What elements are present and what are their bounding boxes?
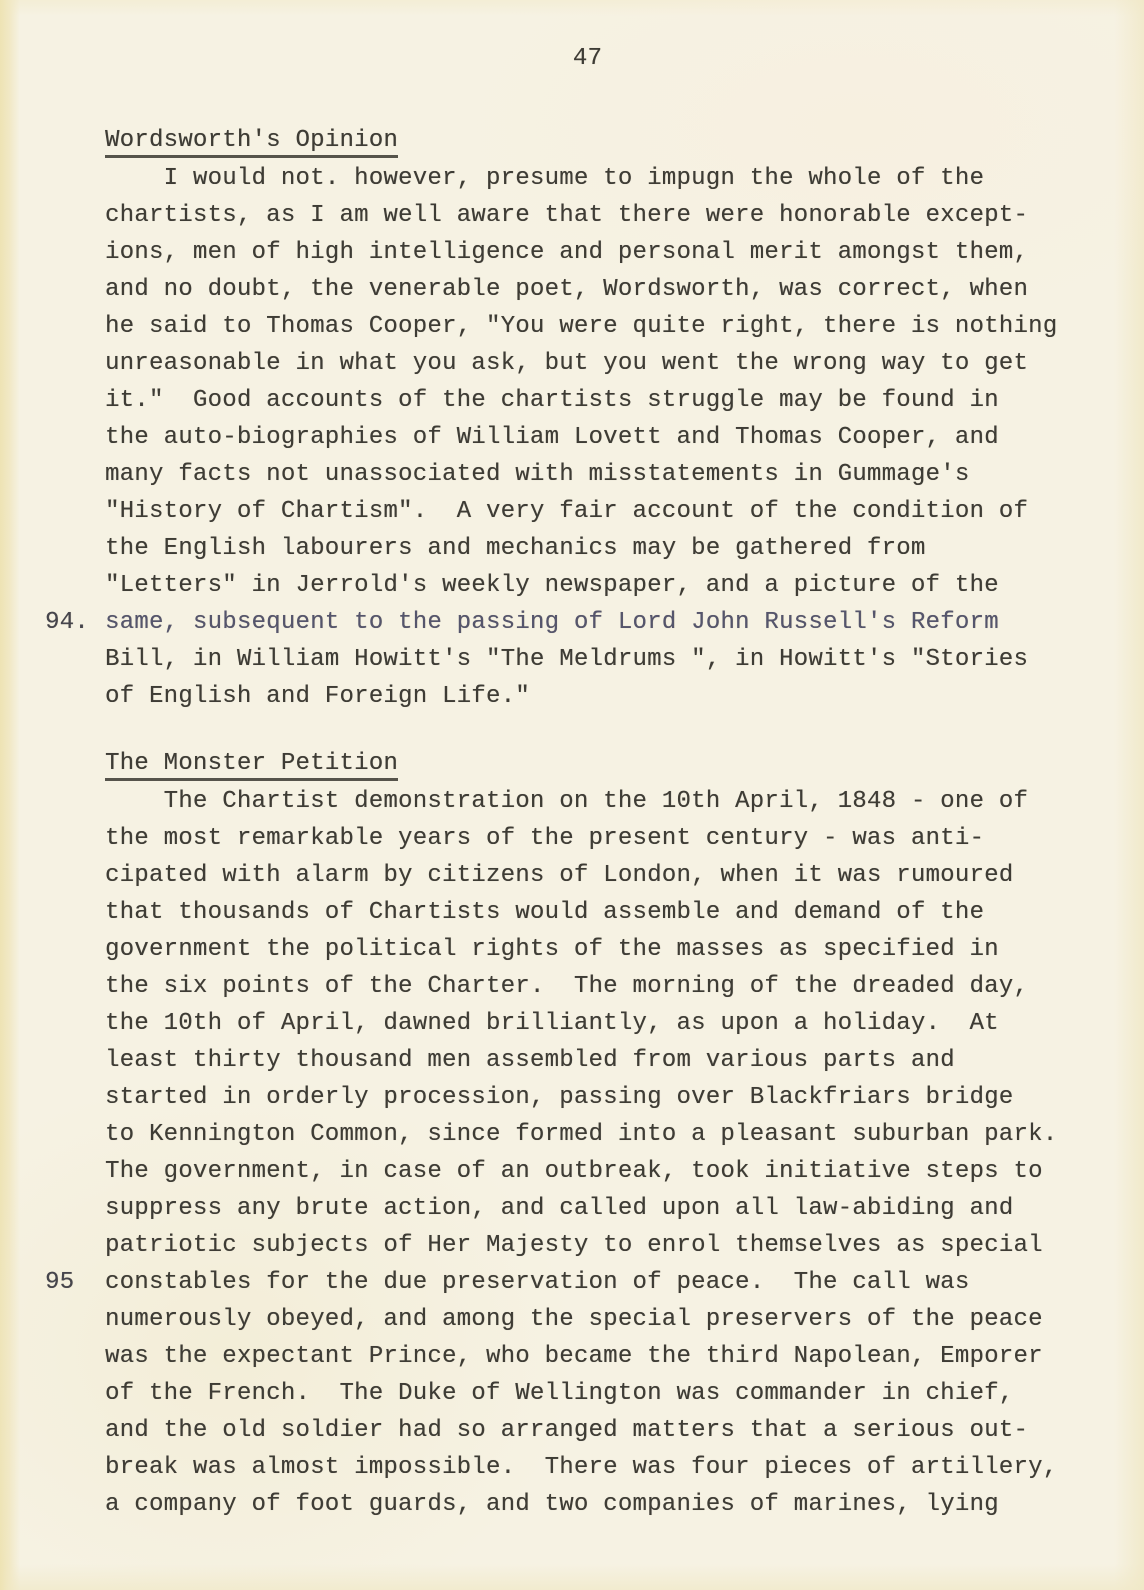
text-line: numerously obeyed, and among the special…	[105, 1301, 1115, 1338]
text-line: that thousands of Chartists would assemb…	[105, 894, 1115, 931]
line-text: The Chartist demonstration on the 10th A…	[105, 788, 1028, 815]
line-text: cipated with alarm by citizens of London…	[105, 862, 1013, 889]
line-text: the English labourers and mechanics may …	[105, 535, 926, 562]
line-text: suppress any brute action, and called up…	[105, 1195, 1013, 1222]
line-text: "History of Chartism". A very fair accou…	[105, 498, 1028, 525]
line-text: he said to Thomas Cooper, "You were quit…	[105, 313, 1057, 340]
line-text: break was almost impossible. There was f…	[105, 1454, 1057, 1481]
text-line: and the old soldier had so arranged matt…	[105, 1412, 1115, 1449]
line-text: chartists, as I am well aware that there…	[105, 202, 1028, 229]
text-line: 95constables for the due preservation of…	[105, 1264, 1115, 1301]
text-line: the most remarkable years of the present…	[105, 820, 1115, 857]
section-heading-row: Wordsworth's Opinion	[105, 122, 1115, 160]
text-line: to Kennington Common, since formed into …	[105, 1116, 1115, 1153]
margin-number: 95	[45, 1264, 74, 1301]
line-text: Bill, in William Howitt's "The Meldrums …	[105, 646, 1028, 673]
line-text: numerously obeyed, and among the special…	[105, 1306, 1043, 1333]
page-number: 47	[105, 44, 1070, 74]
line-text: the most remarkable years of the present…	[105, 825, 984, 852]
text-line: the six points of the Charter. The morni…	[105, 968, 1115, 1005]
line-text: many facts not unassociated with misstat…	[105, 461, 970, 488]
text-line: and no doubt, the venerable poet, Wordsw…	[105, 271, 1115, 308]
line-text: constables for the due preservation of p…	[105, 1269, 970, 1296]
line-text: unreasonable in what you ask, but you we…	[105, 350, 1028, 377]
text-line: least thirty thousand men assembled from…	[105, 1042, 1115, 1079]
text-line: many facts not unassociated with misstat…	[105, 456, 1115, 493]
text-line: Bill, in William Howitt's "The Meldrums …	[105, 641, 1115, 678]
line-text: of English and Foreign Life."	[105, 683, 530, 710]
line-text: that thousands of Chartists would assemb…	[105, 899, 984, 926]
line-text: least thirty thousand men assembled from…	[105, 1047, 955, 1074]
text-line: break was almost impossible. There was f…	[105, 1449, 1115, 1486]
text-line: The government, in case of an outbreak, …	[105, 1153, 1115, 1190]
text-line: it." Good accounts of the chartists stru…	[105, 382, 1115, 419]
text-line: chartists, as I am well aware that there…	[105, 197, 1115, 234]
text-line: started in orderly procession, passing o…	[105, 1079, 1115, 1116]
text-line: unreasonable in what you ask, but you we…	[105, 345, 1115, 382]
page-content: 47 Wordsworth's Opinion I would not. how…	[105, 0, 1115, 1523]
text-line: was the expectant Prince, who became the…	[105, 1338, 1115, 1375]
line-text: it." Good accounts of the chartists stru…	[105, 387, 999, 414]
text-line: "Letters" in Jerrold's weekly newspaper,…	[105, 567, 1115, 604]
line-text: government the political rights of the m…	[105, 936, 999, 963]
margin-number: 94.	[45, 604, 89, 641]
section-heading-row: The Monster Petition	[105, 745, 1115, 783]
line-text: "Letters" in Jerrold's weekly newspaper,…	[105, 572, 999, 599]
section: The Monster Petition The Chartist demons…	[105, 745, 1115, 1523]
text-line: suppress any brute action, and called up…	[105, 1190, 1115, 1227]
line-text: a company of foot guards, and two compan…	[105, 1491, 999, 1518]
text-line: the 10th of April, dawned brilliantly, a…	[105, 1005, 1115, 1042]
line-text: ions, men of high intelligence and perso…	[105, 239, 1028, 266]
line-text: and no doubt, the venerable poet, Wordsw…	[105, 276, 1028, 303]
text-line: the English labourers and mechanics may …	[105, 530, 1115, 567]
text-line: he said to Thomas Cooper, "You were quit…	[105, 308, 1115, 345]
line-text: of the French. The Duke of Wellington wa…	[105, 1380, 1013, 1407]
line-text: to Kennington Common, since formed into …	[105, 1121, 1057, 1148]
line-text: and the old soldier had so arranged matt…	[105, 1417, 1028, 1444]
text-line: of the French. The Duke of Wellington wa…	[105, 1375, 1115, 1412]
text-line: the auto-biographies of William Lovett a…	[105, 419, 1115, 456]
line-text: the six points of the Charter. The morni…	[105, 973, 1028, 1000]
line-text: started in orderly procession, passing o…	[105, 1084, 1013, 1111]
document-page: 47 Wordsworth's Opinion I would not. how…	[0, 0, 1144, 1590]
text-line: I would not. however, presume to impugn …	[105, 160, 1115, 197]
line-text: The government, in case of an outbreak, …	[105, 1158, 1043, 1185]
text-line: a company of foot guards, and two compan…	[105, 1486, 1115, 1523]
text-line: "History of Chartism". A very fair accou…	[105, 493, 1115, 530]
line-text: I would not. however, presume to impugn …	[105, 165, 984, 192]
line-text: patriotic subjects of Her Majesty to enr…	[105, 1232, 1043, 1259]
document-sections: Wordsworth's Opinion I would not. howeve…	[105, 122, 1115, 1523]
section: Wordsworth's Opinion I would not. howeve…	[105, 122, 1115, 715]
text-line: cipated with alarm by citizens of London…	[105, 857, 1115, 894]
text-line: of English and Foreign Life."	[105, 678, 1115, 715]
text-line: The Chartist demonstration on the 10th A…	[105, 783, 1115, 820]
section-heading: The Monster Petition	[105, 750, 398, 781]
text-line: patriotic subjects of Her Majesty to enr…	[105, 1227, 1115, 1264]
text-line: ions, men of high intelligence and perso…	[105, 234, 1115, 271]
text-line: 94.same, subsequent to the passing of Lo…	[105, 604, 1115, 641]
line-text: the auto-biographies of William Lovett a…	[105, 424, 999, 451]
line-text: the 10th of April, dawned brilliantly, a…	[105, 1010, 999, 1037]
line-text: same, subsequent to the passing of Lord …	[105, 609, 999, 636]
line-text: was the expectant Prince, who became the…	[105, 1343, 1043, 1370]
text-line: government the political rights of the m…	[105, 931, 1115, 968]
section-heading: Wordsworth's Opinion	[105, 127, 398, 158]
